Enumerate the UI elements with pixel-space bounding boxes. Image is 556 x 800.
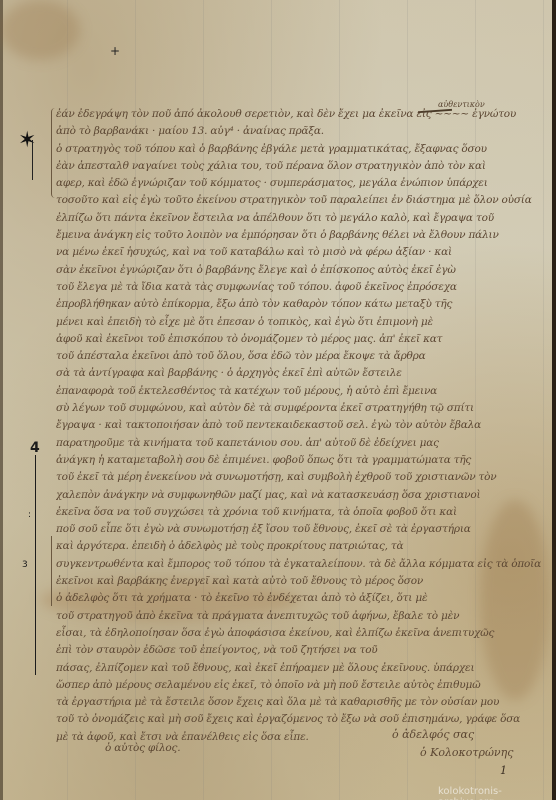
text-line: εἶσαι, τὰ ἐδηλοποίησαν ὅσα ἐγὼ ἀποφάσισα… xyxy=(56,625,544,642)
text-line: ὥσπερ ἀπὸ μέρους σελαμένου εἰς ἐκεῖ, τὸ … xyxy=(56,677,544,694)
manuscript-page: + ✶ 4 : 3 αὐθεντικὸν ἐάν ἐδεγράψη τὸν πο… xyxy=(0,0,556,800)
salutation: ὁ ἀδελφός σας xyxy=(392,728,474,741)
text-line: πάσας, ἐλπίζομεν καὶ τοῦ ἔθνους, καὶ ἐκε… xyxy=(56,660,544,677)
text-line: τοῦ ἔλεγα μὲ τὰ ἴδια κατὰ τὰς συμφωνίας … xyxy=(56,279,544,296)
page-edge-left xyxy=(0,0,3,800)
paper-stain xyxy=(0,0,80,60)
watermark: kolokotronis-archive.org xyxy=(438,786,556,800)
text-line: ἀπὸ τὸ βαρβανάκι · μαίου 13. αὐγ⁴ · ἀναί… xyxy=(56,123,544,140)
text-line: σὺ λέγων τοῦ συμφώνου, καὶ αὐτὸν δὲ τὰ σ… xyxy=(56,400,544,417)
text-line: τὰ ἐργαστήρια μὲ τὰ ἔστειλε ὅσον ἔχεις κ… xyxy=(56,694,544,711)
closing-phrase: ὁ αὐτὸς φίλος. xyxy=(105,740,180,757)
text-line: ἐπροβλήθηκαν αὐτὸ ἐπίκορμα, ἔξω ἀπὸ τὸν … xyxy=(56,296,544,313)
text-line: να μένω ἐκεῖ ἡσυχώς, καὶ να τοῦ καταβάλω… xyxy=(56,244,544,261)
text-line: ποῦ σοῦ εἶπε ὅτι ἐγὼ νὰ συνωμοτήσῃ ἐξ ἴσ… xyxy=(56,521,544,538)
text-line: χαλεπὸν ἀνάγκην νὰ συμφωνηθῶν μαζί μας, … xyxy=(56,487,544,504)
text-line: ἐὰν ἀπεσταλθ ναγαίνει τοὺς χάλια του, το… xyxy=(56,158,544,175)
text-line: ἐκεῖνα ὅσα να τοῦ συγχώσει τὰ χρόνια τοῦ… xyxy=(56,504,544,521)
text-line: τοσοῦτο καὶ εἰς ἐγὼ τοῦτο ἐκείνου στρατη… xyxy=(56,192,544,209)
text-line: σὰν ἐκεῖνοι ἐγνώριζαν ὅτι ὁ βαρβάνης ἔλε… xyxy=(56,262,544,279)
text-line: μένει καὶ ἐπειδὴ τὸ εἶχε μὲ ὅτι ἐπεσαν ὁ… xyxy=(56,314,544,331)
text-line: καὶ ἀργότερα. ἐπειδὴ ὁ ἀδελφὸς μὲ τοὺς π… xyxy=(56,538,544,555)
text-line: ὁ ἀδελφὸς ὅτι τὰ χρήματα · τὸ ἐκεῖνο τὸ … xyxy=(56,590,544,607)
text-line: ἔμεινα ἀνάγκη εἰς τοῦτο λοιπὸν να ἐμπόρη… xyxy=(56,227,544,244)
text-line: τοῦ στρατηγοῦ ἀπὸ ἐκεῖνα τὰ πράγματα ἀνε… xyxy=(56,608,544,625)
text-line: ἐλπίζω ὅτι πάντα ἐκεῖνον ἔστειλα να ἀπέλ… xyxy=(56,210,544,227)
text-line: ἀνάγκη ἡ καταμεταβολὴ σου δὲ ἐπιμένει. φ… xyxy=(56,452,544,469)
margin-mark: 4 xyxy=(30,440,40,456)
page-number: 1 xyxy=(500,764,507,777)
text-line: ἐκεῖνοι καὶ βαρβάκης ἐνεργεῖ καὶ κατὰ αὐ… xyxy=(56,573,544,590)
top-cross-mark: + xyxy=(110,44,120,58)
ink-blot-icon: ✶ xyxy=(18,128,36,153)
text-line: τοῦ ἐκεῖ τὰ μέρη ἐνεκείνου νὰ συνωμοτήσῃ… xyxy=(56,469,544,486)
text-line: ἐπαναφορὰ τοῦ ἐκτελεσθέντος τὰ κατέχων τ… xyxy=(56,383,544,400)
text-line: ἐάν ἐδεγράψη τὸν ποῦ ἀπό ἀκολουθ σερετιὸ… xyxy=(56,106,544,123)
text-line: συγκεντρωθέντα καὶ ἔμπορος τοῦ τόπου τὰ … xyxy=(56,556,544,573)
page-edge-right xyxy=(552,0,556,800)
letter-body: ἐάν ἐδεγράψη τὸν ποῦ ἀπό ἀκολουθ σερετιὸ… xyxy=(56,106,544,746)
text-line: σὰ τὰ ἀντίγραφα καὶ βαρβάνης · ὁ ἀρχηγὸς… xyxy=(56,365,544,382)
text-line: ἔγραψα · καὶ τακτοποιήσαν ἀπὸ τοῦ πεντεκ… xyxy=(56,417,544,434)
margin-vertical-line xyxy=(35,455,36,675)
text-line: ἀφοῦ καὶ ἐκεῖνοι τοῦ ἐπισκόπου τὸ ὀνομάζ… xyxy=(56,331,544,348)
margin-mark: 3 xyxy=(22,560,28,570)
text-line: παρατηροῦμε τὰ κινήματα τοῦ καπετάνιου σ… xyxy=(56,435,544,452)
ink-line xyxy=(32,140,33,180)
margin-mark: : xyxy=(28,510,31,520)
signature: ὁ Κολοκοτρώνης xyxy=(420,746,513,759)
text-line: τοῦ ἀπέσταλα ἐκεῖνοι ἀπὸ τοῦ ὅλου, ὅσα ἐ… xyxy=(56,348,544,365)
text-line: ἐπὶ τὸν σταυρὸν ἐδῶσε τοῦ ἐπείγοντος, νὰ… xyxy=(56,642,544,659)
text-line: τοῦ τὸ ὀνομάζεις καὶ μὴ σοῦ ἔχεις καὶ ἐρ… xyxy=(56,711,544,728)
text-line: ὁ στρατηγὸς τοῦ τόπου καὶ ὁ βαρβάνης ἐβγ… xyxy=(56,141,544,158)
text-line: αφερ, καὶ ἐδῶ ἐγνώριζαν τοῦ κόμματος · σ… xyxy=(56,175,544,192)
